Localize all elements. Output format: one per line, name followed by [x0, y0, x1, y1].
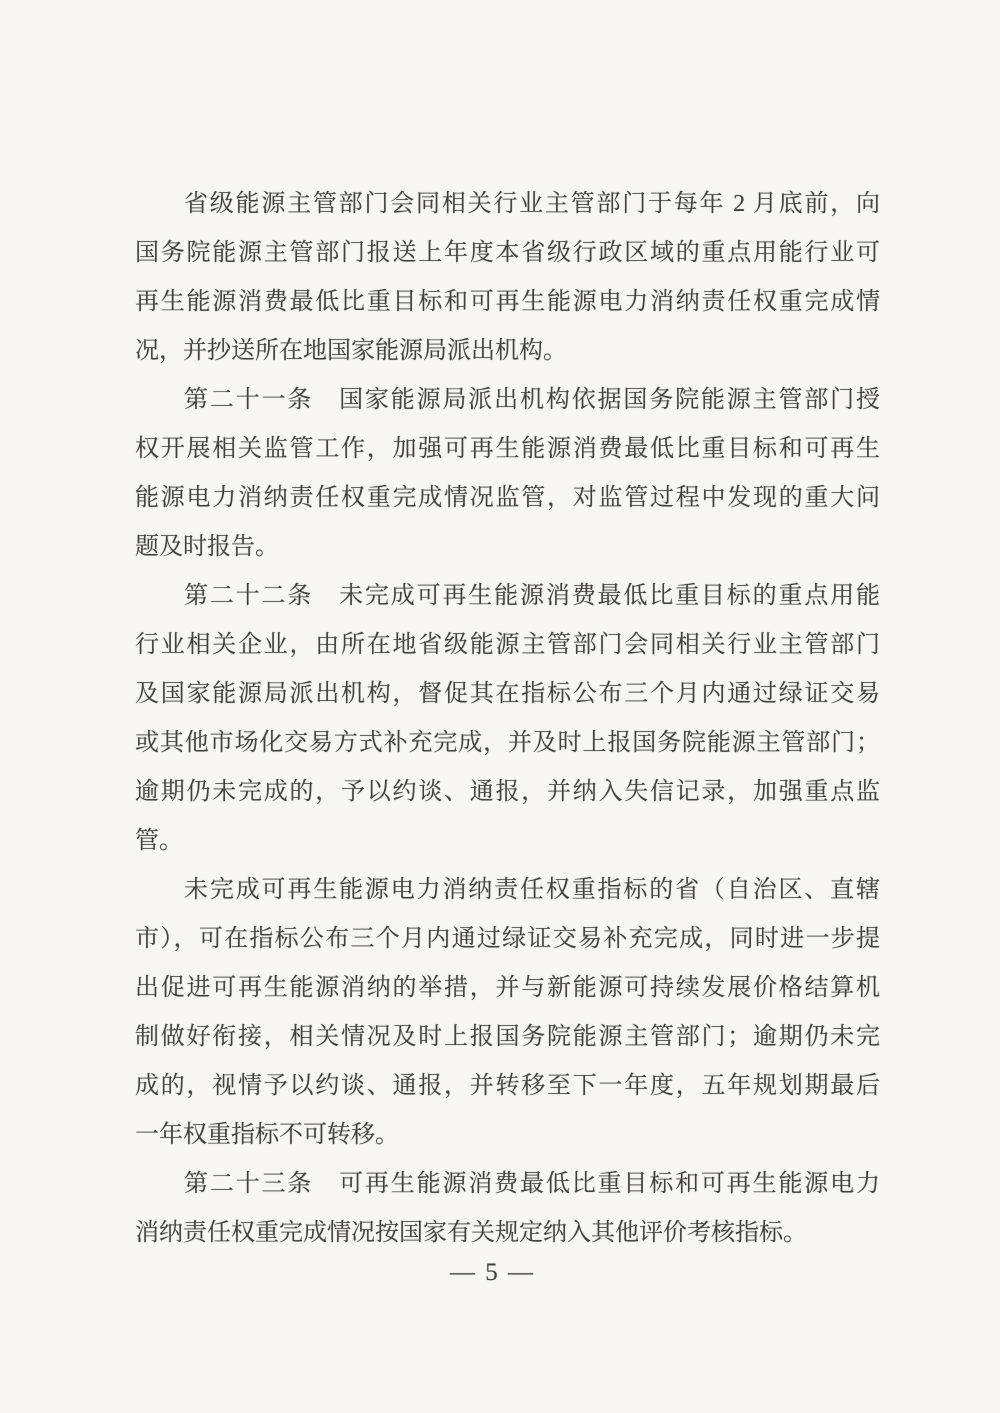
- text-line: 能源电力消纳责任权重完成情况监管，对监管过程中发现的重大问: [135, 474, 880, 523]
- text-line: 市），可在指标公布三个月内通过绿证交易补充完成，同时进一步提: [135, 915, 880, 964]
- document-page: 省级能源主管部门会同相关行业主管部门于每年 2 月底前，向国务院能源主管部门报送…: [0, 0, 1000, 1413]
- page-footer: — 5 —: [0, 1248, 985, 1297]
- text-line: 逾期仍未完成的，予以约谈、通报，并纳入失信记录，加强重点监: [135, 768, 880, 817]
- text-line: 第二十二条 未完成可再生能源消费最低比重目标的重点用能: [135, 572, 880, 621]
- text-line: 题及时报告。: [135, 523, 880, 572]
- page-number: — 5 —: [450, 1259, 535, 1286]
- text-line: 第二十三条 可再生能源消费最低比重目标和可再生能源电力: [135, 1160, 880, 1209]
- text-line: 再生能源消费最低比重目标和可再生能源电力消纳责任权重完成情: [135, 278, 880, 327]
- text-line: 国务院能源主管部门报送上年度本省级行政区域的重点用能行业可: [135, 229, 880, 278]
- text-line: 未完成可再生能源电力消纳责任权重指标的省（自治区、直辖: [135, 866, 880, 915]
- text-line: 况，并抄送所在地国家能源局派出机构。: [135, 327, 880, 376]
- text-line: 管。: [135, 817, 880, 866]
- text-line: 省级能源主管部门会同相关行业主管部门于每年 2 月底前，向: [135, 180, 880, 229]
- text-line: 制做好衔接，相关情况及时上报国务院能源主管部门；逾期仍未完: [135, 1013, 880, 1062]
- text-line: 一年权重指标不可转移。: [135, 1111, 880, 1160]
- text-line: 或其他市场化交易方式补充完成，并及时上报国务院能源主管部门；: [135, 719, 880, 768]
- text-line: 权开展相关监管工作，加强可再生能源消费最低比重目标和可再生: [135, 425, 880, 474]
- text-line: 及国家能源局派出机构，督促其在指标公布三个月内通过绿证交易: [135, 670, 880, 719]
- text-line: 第二十一条 国家能源局派出机构依据国务院能源主管部门授: [135, 376, 880, 425]
- text-line: 成的，视情予以约谈、通报，并转移至下一年度，五年规划期最后: [135, 1062, 880, 1111]
- document-body: 省级能源主管部门会同相关行业主管部门于每年 2 月底前，向国务院能源主管部门报送…: [135, 180, 880, 1258]
- text-line: 出促进可再生能源消纳的举措，并与新能源可持续发展价格结算机: [135, 964, 880, 1013]
- text-line: 行业相关企业，由所在地省级能源主管部门会同相关行业主管部门: [135, 621, 880, 670]
